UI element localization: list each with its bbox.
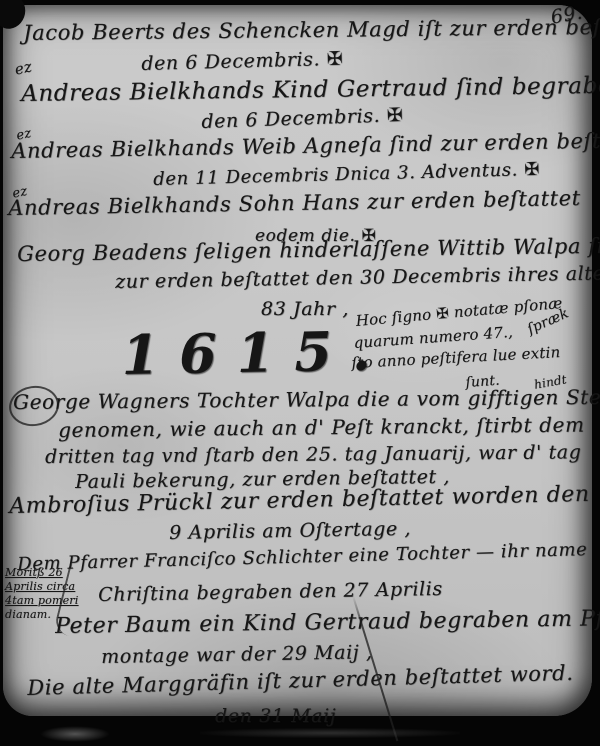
burial-entry-line: Dem Pfarrer Franciſco Schlichter eine To… (17, 539, 588, 575)
burial-entry-line: Chriſtina begraben den 27 Aprilis (98, 578, 443, 606)
bottom-edge-smudge (200, 728, 460, 738)
burial-entry-line: dritten tag vnd ſtarb den 25. tag Januar… (45, 441, 582, 468)
burial-entry-line: Peter Baum ein Kind Gertraud begraben am… (55, 606, 600, 639)
margin-note-line: Moritß 26 (5, 566, 63, 579)
burial-entry-line: zur erden beſtattet den 30 Decembris ihr… (115, 262, 600, 293)
burial-entry-line: 83 Jahr , (261, 298, 349, 320)
bottom-edge-smudge (40, 726, 110, 742)
burial-entry-line: den 6 Decembris. ✠ (141, 48, 344, 75)
burial-entry-line: den 11 Decembris Dnica 3. Adventus. ✠ (153, 159, 540, 190)
burial-entry-line: den 31 Maij (215, 705, 336, 727)
burial-entry-line: Jacob Beerts des Schencken Magd iſt zur … (23, 14, 600, 45)
burial-entry-line: George Wagners Tochter Walpa die a vom g… (13, 385, 600, 414)
burial-entry-line: Andreas Bielkhands Sohn Hans zur erden b… (8, 186, 581, 220)
burial-entry-line: genomen, wie auch an d' Peſt kranckt, ſt… (58, 412, 585, 442)
burial-entry-line: Andreas Bielkhands Weib Agneſa ſind zur … (11, 128, 600, 163)
margin-flourish-mark: ez (13, 57, 34, 78)
year-heading: 1615. (121, 318, 391, 387)
burial-entry-line: den 6 Decembris. ✠ (201, 104, 404, 133)
burial-entry-line: Andreas Bielkhands Kind Gertraud ſind be… (21, 73, 600, 107)
margin-note-line: dianam. (5, 608, 51, 621)
burial-entry-line: montage war der 29 Maij , (101, 641, 373, 668)
manuscript-page: 69. Jacob Beerts des Schencken Magd iſt … (3, 5, 592, 716)
burial-entry-line: 9 Aprilis am Oſtertage , (169, 518, 411, 544)
manuscript-photo: 69. Jacob Beerts des Schencken Magd iſt … (0, 0, 600, 746)
burial-entry-line: Georg Beadens ſeligen hinderlaſſene Witt… (17, 233, 600, 266)
